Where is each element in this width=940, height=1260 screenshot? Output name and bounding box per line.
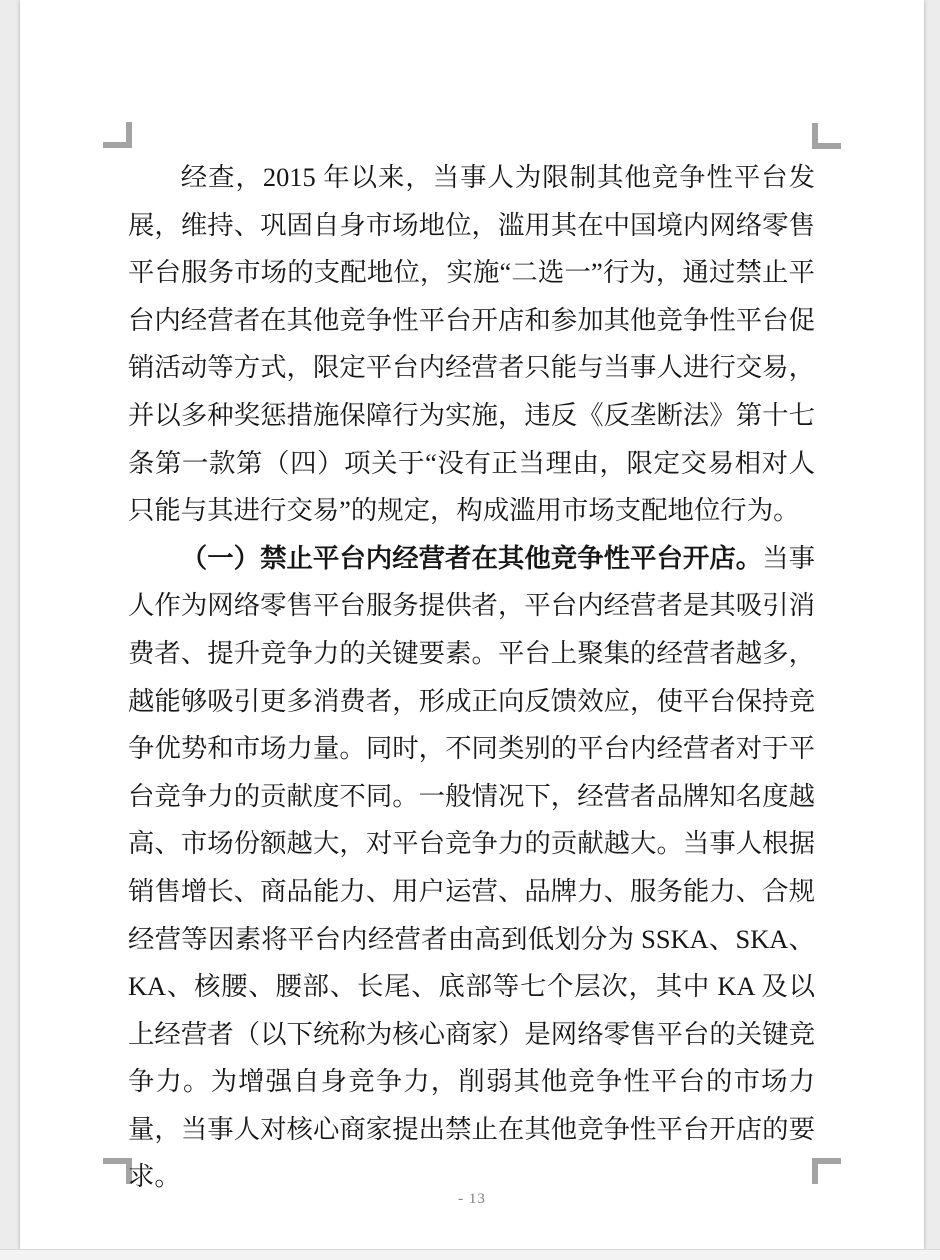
margin-corner-mark-top-left	[103, 122, 132, 148]
paragraph-section-one-text: 当事人作为网络零售平台服务提供者，平台内经营者是其吸引消费者、提升竞争力的关键要…	[128, 543, 815, 1192]
page-number: - 13	[20, 1191, 924, 1208]
margin-corner-mark-top-right	[812, 123, 841, 149]
document-page: 经查，2015 年以来，当事人为限制其他竞争性平台发展，维持、巩固自身市场地位，…	[20, 0, 924, 1249]
margin-corner-mark-bottom-right	[812, 1158, 841, 1184]
document-viewport: 经查，2015 年以来，当事人为限制其他竞争性平台发展，维持、巩固自身市场地位，…	[0, 0, 940, 1260]
page-gap-strip	[0, 1249, 940, 1260]
paragraph-findings[interactable]: 经查，2015 年以来，当事人为限制其他竞争性平台发展，维持、巩固自身市场地位，…	[128, 154, 815, 535]
section-one-heading: （一）禁止平台内经营者在其他竞争性平台开店。	[181, 543, 762, 573]
paragraph-findings-text: 经查，2015 年以来，当事人为限制其他竞争性平台发展，维持、巩固自身市场地位，…	[128, 162, 815, 525]
page-text-area[interactable]: 经查，2015 年以来，当事人为限制其他竞争性平台发展，维持、巩固自身市场地位，…	[128, 154, 815, 1201]
paragraph-section-one[interactable]: （一）禁止平台内经营者在其他竞争性平台开店。当事人作为网络零售平台服务提供者，平…	[128, 535, 815, 1201]
